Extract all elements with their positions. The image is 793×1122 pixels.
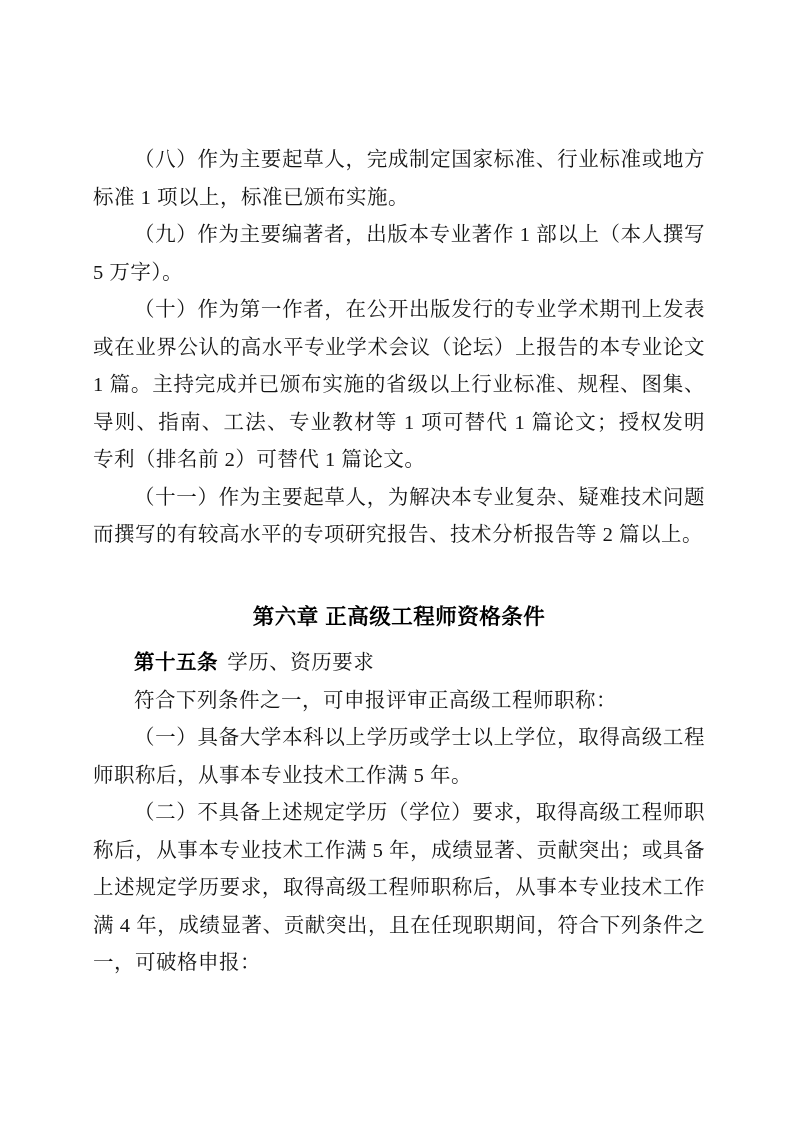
text-line: 1 篇。主持完成并已颁布实施的省级以上行业标准、规程、图集、 — [93, 367, 705, 405]
paragraph: 符合下列条件之一，可申报评审正高级工程师职称： — [93, 683, 705, 721]
paragraph: （八）作为主要起草人，完成制定国家标准、行业标准或地方 标准 1 项以上，标准已… — [93, 142, 705, 217]
text-line: 满 4 年，成绩显著、贡献突出，且在任现职期间，符合下列条件之 — [93, 908, 705, 946]
document-page: （八）作为主要起草人，完成制定国家标准、行业标准或地方 标准 1 项以上，标准已… — [0, 0, 793, 1122]
paragraph: （十）作为第一作者，在公开出版发行的专业学术期刊上发表 或在业界公认的高水平专业… — [93, 292, 705, 480]
paragraph: （二）不具备上述规定学历（学位）要求，取得高级工程师职 称后，从事本专业技术工作… — [93, 795, 705, 983]
text-line: 导则、指南、工法、专业教材等 1 项可替代 1 篇论文；授权发明 — [93, 405, 705, 443]
text-line: （八）作为主要起草人，完成制定国家标准、行业标准或地方 — [93, 142, 705, 180]
paragraph: （一）具备大学本科以上学历或学士以上学位，取得高级工程 师职称后，从事本专业技术… — [93, 720, 705, 795]
text-line: （十）作为第一作者，在公开出版发行的专业学术期刊上发表 — [93, 292, 705, 330]
text-line: （九）作为主要编著者，出版本专业著作 1 部以上（本人撰写 — [93, 217, 705, 255]
article-title: 学历、资历要求 — [227, 652, 374, 674]
text-line: 符合下列条件之一，可申报评审正高级工程师职称： — [93, 683, 705, 721]
text-line: 一，可破格申报： — [93, 945, 705, 983]
paragraph: （十一）作为主要起草人，为解决本专业复杂、疑难技术问题 而撰写的有较高水平的专项… — [93, 480, 705, 555]
text-line: 5 万字）。 — [93, 255, 705, 293]
text-line: 师职称后，从事本专业技术工作满 5 年。 — [93, 758, 705, 796]
text-line: 上述规定学历要求，取得高级工程师职称后，从事本专业技术工作 — [93, 870, 705, 908]
article-number: 第十五条 — [134, 651, 218, 674]
text-line: 而撰写的有较高水平的专项研究报告、技术分析报告等 2 篇以上。 — [93, 517, 705, 555]
text-line: （一）具备大学本科以上学历或学士以上学位，取得高级工程 — [93, 720, 705, 758]
text-line: 称后，从事本专业技术工作满 5 年，成绩显著、贡献突出；或具备 — [93, 833, 705, 871]
text-line: 标准 1 项以上，标准已颁布实施。 — [93, 180, 705, 218]
text-line: （二）不具备上述规定学历（学位）要求，取得高级工程师职 — [93, 795, 705, 833]
text-line: （十一）作为主要起草人，为解决本专业复杂、疑难技术问题 — [93, 480, 705, 518]
text-line: 或在业界公认的高水平专业学术会议（论坛）上报告的本专业论文 — [93, 330, 705, 368]
article-heading: 第十五条学历、资历要求 — [93, 644, 705, 683]
chapter-heading: 第六章 正高级工程师资格条件 — [93, 599, 705, 637]
paragraph: （九）作为主要编著者，出版本专业著作 1 部以上（本人撰写 5 万字）。 — [93, 217, 705, 292]
text-line: 专利（排名前 2）可替代 1 篇论文。 — [93, 442, 705, 480]
